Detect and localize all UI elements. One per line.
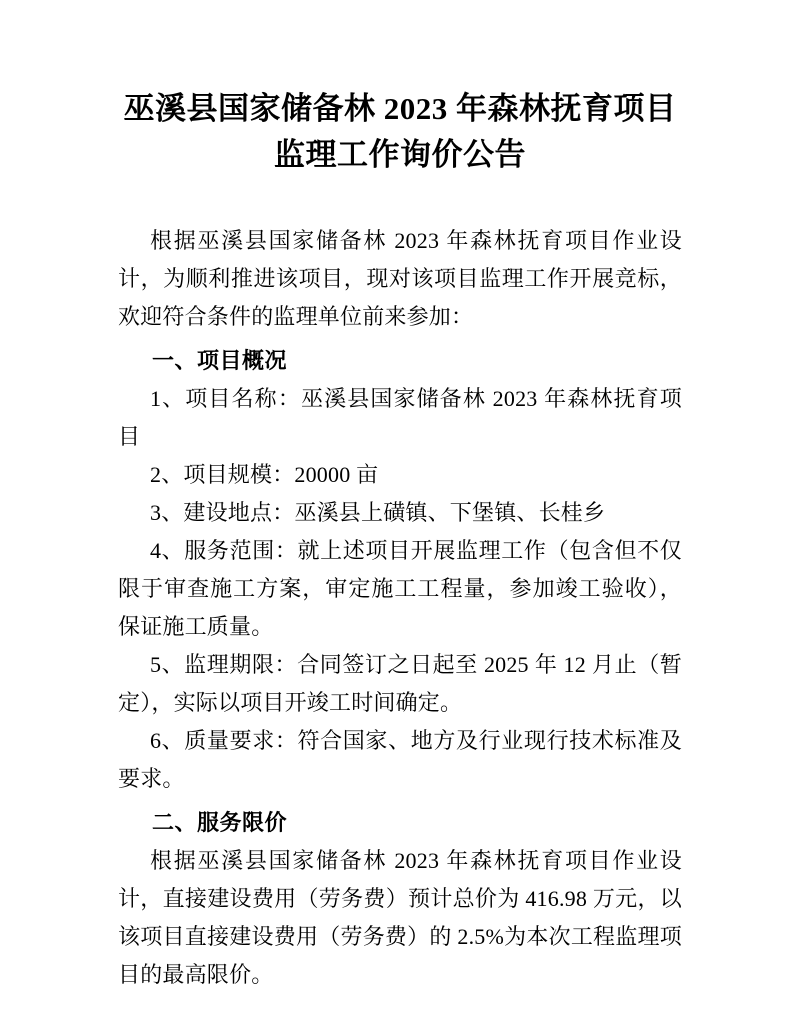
document-page: 巫溪县国家储备林 2023 年森林抚育项目 监理工作询价公告 根据巫溪县国家储备… (0, 0, 800, 1035)
list-item-construction-location: 3、建设地点：巫溪县上磺镇、下堡镇、长桂乡 (118, 494, 682, 532)
list-item-service-scope: 4、服务范围：就上述项目开展监理工作（包含但不仅限于审查施工方案，审定施工工程量… (118, 532, 682, 646)
section-heading-project-overview: 一、项目概况 (118, 342, 682, 380)
list-item-quality-requirements: 6、质量要求：符合国家、地方及行业现行技术标准及要求。 (118, 722, 682, 798)
list-item-project-scale: 2、项目规模：20000 亩 (118, 456, 682, 494)
project-overview-items: 1、项目名称：巫溪县国家储备林 2023 年森林抚育项目 2、项目规模：2000… (118, 380, 682, 798)
service-price-limit-paragraph: 根据巫溪县国家储备林 2023 年森林抚育项目作业设计，直接建设费用（劳务费）预… (118, 842, 682, 994)
list-item-supervision-period: 5、监理期限：合同签订之日起至 2025 年 12 月止（暂定），实际以项目开竣… (118, 646, 682, 722)
section-heading-service-price-limit: 二、服务限价 (118, 804, 682, 842)
intro-paragraph: 根据巫溪县国家储备林 2023 年森林抚育项目作业设计，为顺利推进该项目，现对该… (118, 222, 682, 336)
list-item-project-name: 1、项目名称：巫溪县国家储备林 2023 年森林抚育项目 (118, 380, 682, 456)
document-title-line1: 巫溪县国家储备林 2023 年森林抚育项目 (124, 91, 677, 126)
document-title-line2: 监理工作询价公告 (274, 137, 526, 172)
document-title: 巫溪县国家储备林 2023 年森林抚育项目 监理工作询价公告 (118, 86, 682, 178)
document-content: 巫溪县国家储备林 2023 年森林抚育项目 监理工作询价公告 根据巫溪县国家储备… (0, 0, 800, 994)
